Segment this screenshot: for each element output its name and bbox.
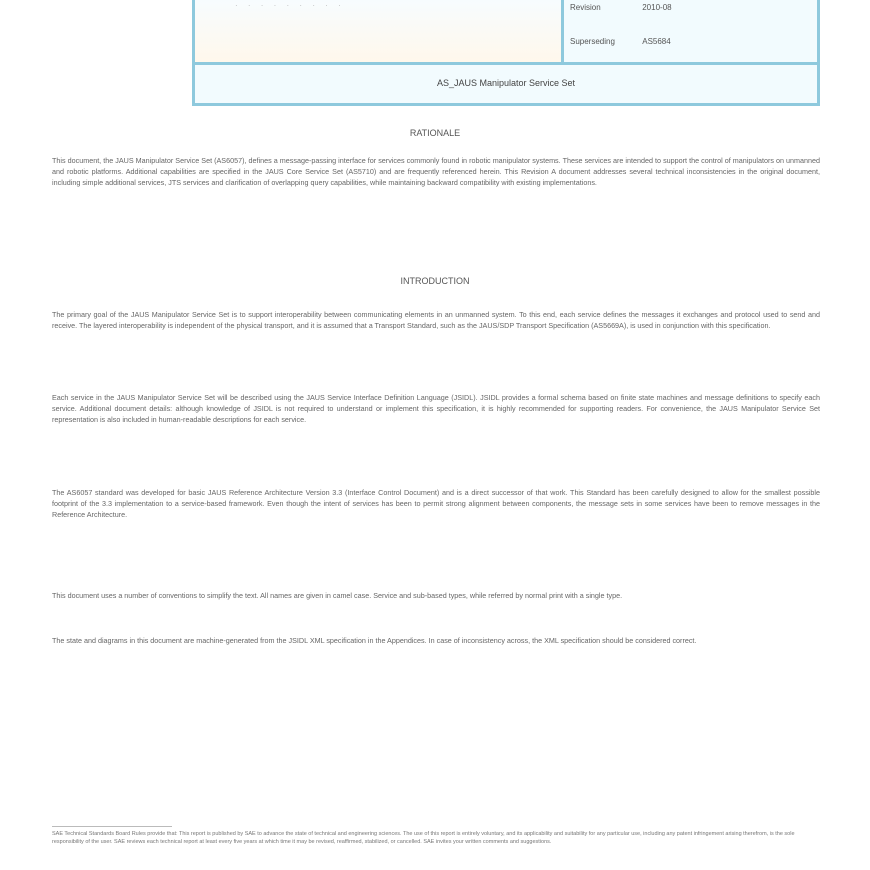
document-title: AS_JAUS Manipulator Service Set — [195, 62, 817, 103]
paragraph-intro-4: This document uses a number of conventio… — [52, 590, 820, 601]
header-field-superseding: Superseding AS5684 — [570, 37, 671, 46]
paragraph-rationale: This document, the JAUS Manipulator Serv… — [52, 155, 820, 188]
paragraph-intro-2: Each service in the JAUS Manipulator Ser… — [52, 392, 820, 425]
footnote-divider — [52, 826, 172, 827]
header-faint-text: · · · · · · · · · — [235, 1, 345, 10]
header-field-revision: Revision 2010-08 — [570, 3, 672, 12]
heading-introduction: INTRODUCTION — [0, 276, 870, 286]
paragraph-intro-3: The AS6057 standard was developed for ba… — [52, 487, 820, 520]
header-logo-area: · · · · · · · · · — [195, 0, 564, 62]
footnote: SAE Technical Standards Board Rules prov… — [52, 830, 820, 846]
paragraph-intro-5: The state and diagrams in this document … — [52, 635, 820, 646]
paragraph-intro-1: The primary goal of the JAUS Manipulator… — [52, 309, 820, 331]
header-metadata: Revision 2010-08 Superseding AS5684 — [564, 0, 817, 62]
document-header-box: · · · · · · · · · Revision 2010-08 Super… — [192, 0, 820, 106]
heading-rationale: RATIONALE — [0, 128, 870, 138]
